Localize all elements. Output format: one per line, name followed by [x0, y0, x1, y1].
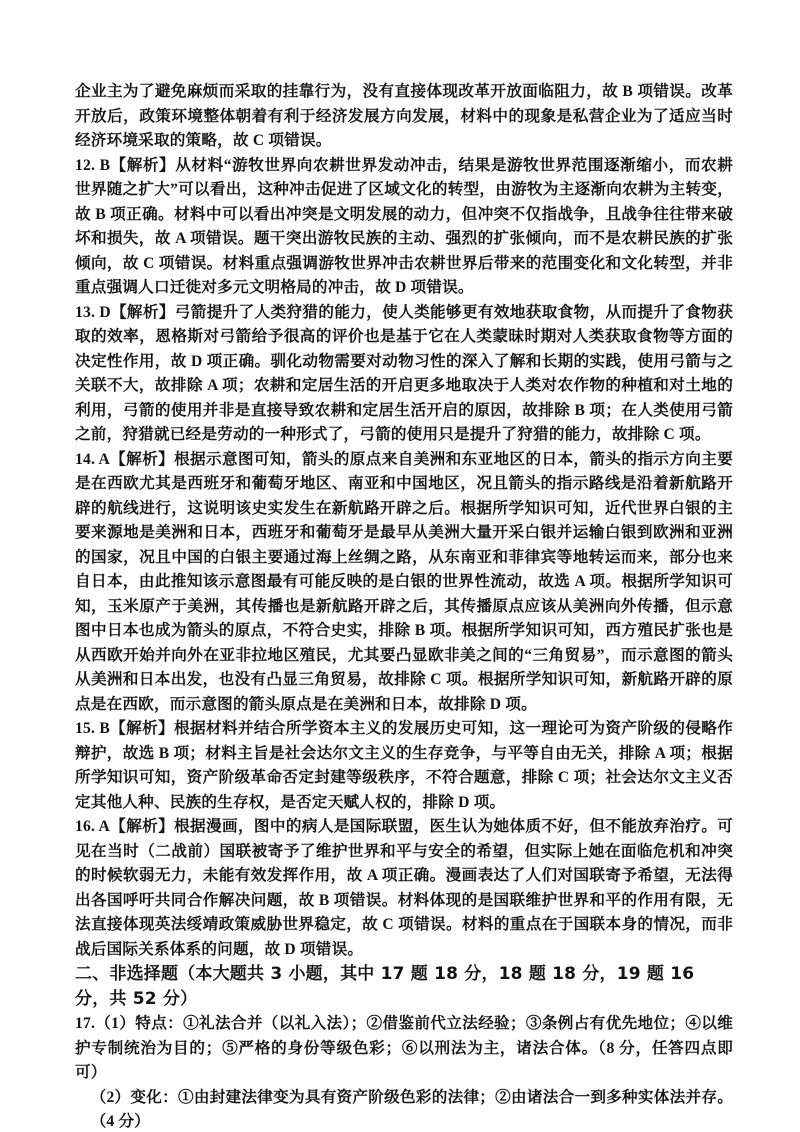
answer-explanation-15: 15. B【解析】根据材料并结合所学资本主义的发展历史可知，这一理论可为资产阶级… [75, 717, 733, 815]
answer-explanation-14: 14. A【解析】根据示意图可知，箭头的原点来自美洲和东亚地区的日本，箭头的指示… [75, 448, 733, 718]
document-page: 企业主为了避免麻烦而采取的挂靠行为，没有直接体现改革开放面临阻力，故 B 项错误… [0, 0, 800, 1132]
answer-explanation-12: 12. B【解析】从材料“游牧世界向农耕世界发动冲击，结果是游牧世界范围逐渐缩小… [75, 154, 733, 301]
answer-17-part1: 17.（1）特点：①礼法合并（以礼入法）；②借鉴前代立法经验；③条例占有优先地位… [75, 1012, 733, 1086]
answer-explanation-16: 16. A【解析】根据漫画，图中的病人是国际联盟，医生认为她体质不好，但不能放弃… [75, 815, 733, 962]
section-heading-non-choice-questions: 二、非选择题（本大题共 3 小题，其中 17 题 18 分，18 题 18 分，… [75, 962, 733, 1012]
answer-explanation-13: 13. D【解析】弓箭提升了人类狩猎的能力，使人类能够更有效地获取食物，从而提升… [75, 301, 733, 448]
answer-17-part2: （2）变化：①由封建法律变为具有资产阶级色彩的法律；②由诸法合一到多种实体法并存… [75, 1086, 733, 1132]
answer-explanation-11-continuation: 企业主为了避免麻烦而采取的挂靠行为，没有直接体现改革开放面临阻力，故 B 项错误… [75, 80, 733, 154]
